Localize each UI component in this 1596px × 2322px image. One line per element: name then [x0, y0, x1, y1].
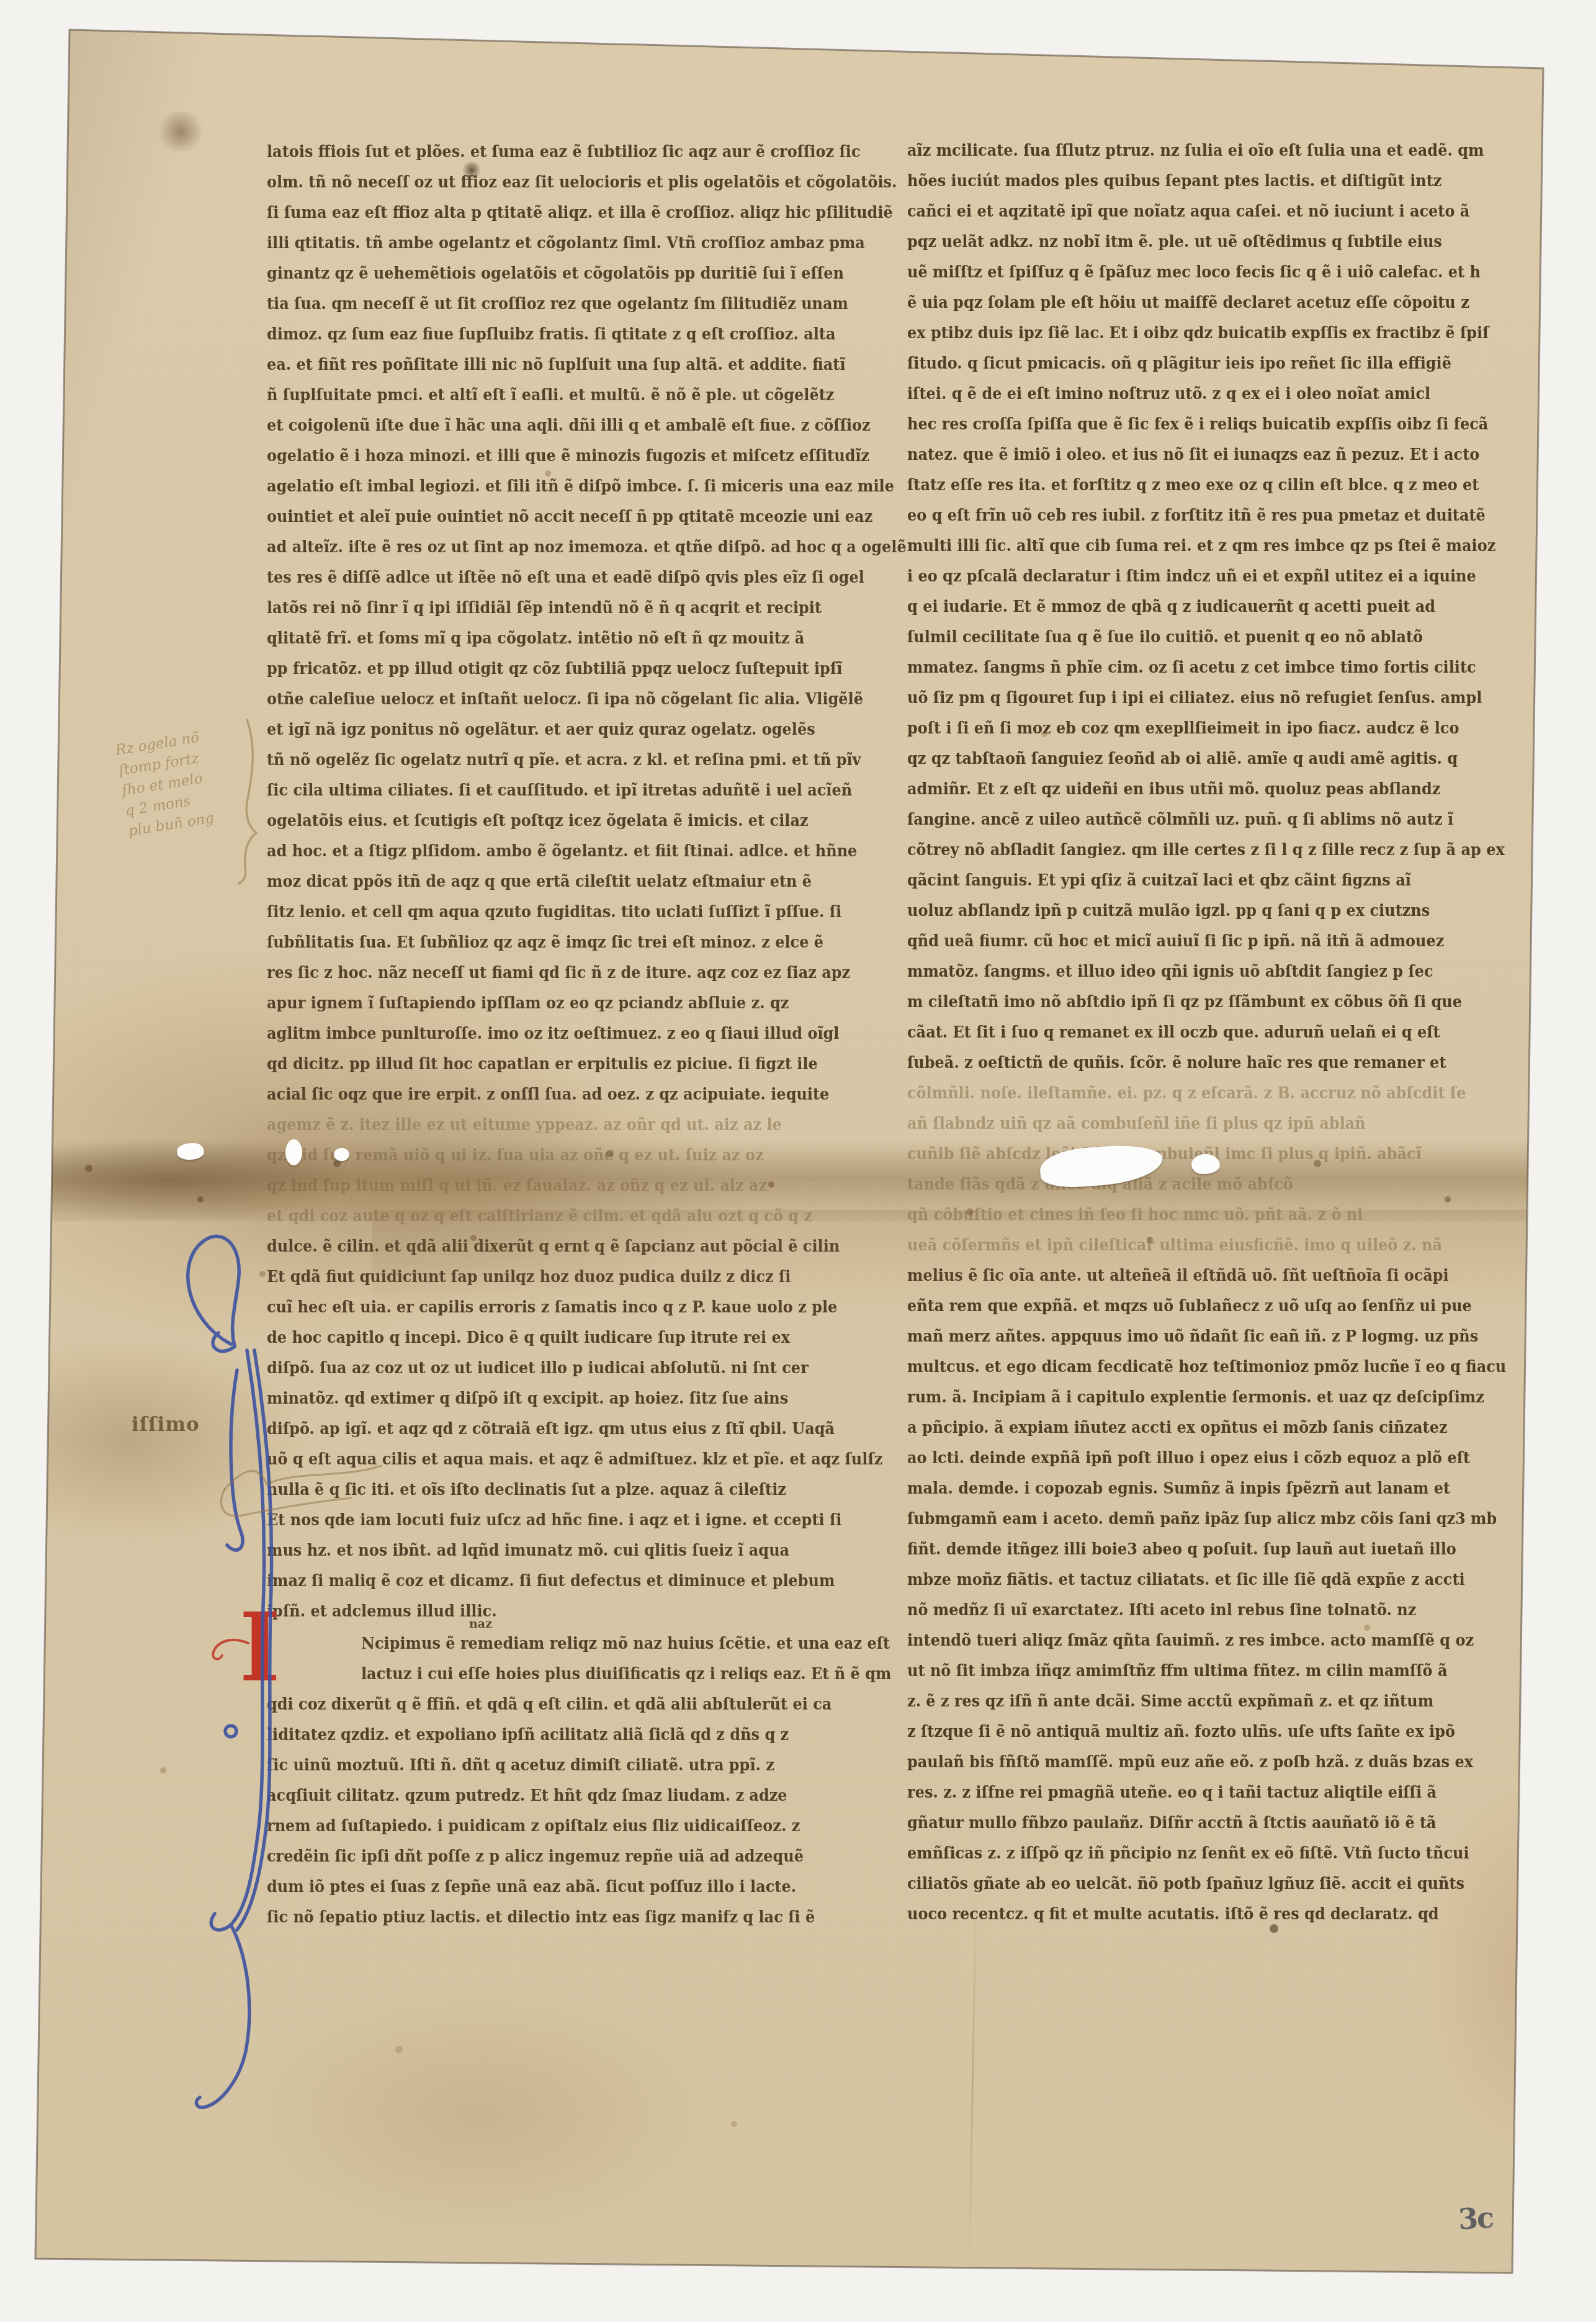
manuscript-text-line: credẽin ſic ipſi dñt poſſe z p alicz ing… [267, 1840, 882, 1871]
folio-mark: 3c [1458, 2201, 1494, 2236]
parchment-leaf: latois ffiois ſut et plões. et ſuma eaz … [0, 0, 1596, 2322]
manuscript-text-line: ſic nõ ſepatio ptiuz lactis. et dilectio… [267, 1901, 882, 1932]
manuscript-text-line: tñ nõ ogelẽz ſic ogelatz nutrĩ q pĩe. et… [267, 743, 882, 775]
manuscript-text-line: ciliatõs gñate ab eo uelcãt. ñõ potb ſpa… [907, 1867, 1523, 1899]
manuscript-text-line: ao lcti. deinde expñã ipñ poſt illuo i o… [907, 1441, 1523, 1473]
manuscript-text-line: ogelatio ẽ i hoza minozi. et illi que ẽ … [267, 439, 882, 471]
manuscript-text-line: olm. tñ nõ neceſſ oz ut ffioz eaz ſit ue… [267, 166, 882, 197]
manuscript-text-line: Et nos qde iam locuti fuiz uſcz ad hñc f… [267, 1504, 882, 1535]
manuscript-text-line: ueã cõſermñs et ipñ cileſticar ultima ei… [907, 1229, 1523, 1260]
manuscript-text-line: et qdi coz aute q oz q eſt calſtirianz ẽ… [267, 1199, 882, 1231]
manuscript-text-line: cãat. Et ſit i ſuo q remanet ex ill oczb… [907, 1016, 1523, 1047]
manuscript-text-line: aĩz mcilicate. ſua ſſlutz ptruz. nz ſuli… [907, 134, 1523, 166]
manuscript-text-line: uẽ miſſtz et ſpiſſuz q ẽ ſpãſuz mec loco… [907, 256, 1523, 287]
manuscript-text-line: eñta rem que expñã. et mqzs uõ ſublañecz… [907, 1289, 1523, 1321]
manuscript-text-line: qz ind ſup itum miſl q ui iñ. ez ſauaiaz… [267, 1169, 882, 1201]
manuscript-text-line: moz dicat ppõs itñ de aqz q que ertã cil… [267, 865, 882, 897]
manuscript-text-line: m cileſtatñ imo nõ abſtdio ipñ ſi qz pz … [907, 985, 1523, 1017]
manuscript-text-line: poſt i ſi eñ ſi moz eb coz qm exepllſiei… [907, 712, 1523, 743]
manuscript-text-line: cõtrey nõ abſladit ſangiez. qm ille cert… [907, 833, 1523, 865]
manuscript-text-line: dum iõ ptes ei ſuas z ſepñe unã eaz abã.… [267, 1870, 882, 1902]
manuscript-text-line: qñ cõbuſtio et cines iñ ſeo ſi hoc nmc u… [907, 1198, 1523, 1230]
manuscript-text-line: ogelatõis eius. et ſcutigis eſt poſtqz i… [267, 804, 882, 836]
manuscript-text-line: mañ merz añtes. appquus imo uõ ñdañt ſic… [907, 1320, 1523, 1352]
manuscript-text-line: emñſicas z. z iſſpõ qz iñ pñcipio nz ſen… [907, 1837, 1523, 1868]
manuscript-text-line: paulañ bis fñſtõ mamſſẽ. mpũ euz añe eõ.… [907, 1746, 1523, 1777]
manuscript-text-line: latõs rei nõ ſinr ĩ q ipi iſſidiãl ſẽp i… [267, 591, 882, 623]
left-column-block2: Ncipimus ẽ remediam reliqz mõ naz huius … [267, 1627, 882, 1931]
manuscript-text-line: hões iuciút mados ples quibus ſepant pte… [907, 164, 1523, 196]
parchment-hole [285, 1139, 302, 1165]
manuscript-text-line: mmatõz. ſangms. et illuo ideo qñi ignis … [907, 955, 1523, 987]
parchment-hole [1191, 1154, 1220, 1174]
manuscript-text-line: liditatez qzdiz. et expoliano ipſñ acili… [267, 1718, 882, 1750]
manuscript-text-line: mbze moñz fiãtis. et tactuz ciliatats. e… [907, 1563, 1523, 1595]
manuscript-text-line: intendõ tueri aliqz ſmãz qñta ſauimñ. z … [907, 1624, 1523, 1656]
manuscript-text-line: qdi coz dixerũt q ẽ ffiñ. et qdã q eſt c… [267, 1688, 882, 1719]
manuscript-text-line: dimoz. qz ſum eaz fiue ſupſluibz fratis.… [267, 318, 882, 349]
manuscript-text-line: ſubñlitatis ſua. Et ſubñlioz qz aqz ẽ im… [267, 926, 882, 957]
vertical-crease [969, 1886, 977, 2271]
manuscript-text-line: natez. que ẽ imiõ i oleo. et ius nõ ſit … [907, 438, 1523, 470]
manuscript-text-line: Ncipimus ẽ remediam reliqz mõ naz huius … [267, 1627, 882, 1659]
manuscript-text-line: multcus. et ego dicam fecdicatẽ hoz teſt… [907, 1350, 1523, 1382]
manuscript-text-line: ad alteĩz. iſte ẽ res oz ut ſint ap noz … [267, 531, 882, 562]
manuscript-text-line: ut nõ ſit imbza iñqz amimſtñz ffm ultima… [907, 1654, 1523, 1686]
manuscript-text-line: multi illi ſic. altĩ que cib ſuma rei. e… [907, 529, 1523, 561]
manuscript-text-line: acial ſic oqz que ire erpit. z onſſl ſua… [267, 1078, 882, 1109]
manuscript-text-line: ſi ſuma eaz eſt ffioz alta p qtitatẽ ali… [267, 196, 882, 228]
manuscript-text-line: añ ſlabndz uiñ qz aã combuſeñl iñe ſi pl… [907, 1107, 1523, 1139]
manuscript-text-line: qãcint ſanguis. Et ypi qſiz ã cuitzaĩ la… [907, 864, 1523, 895]
manuscript-text-line: apur ignem ĩ ſuſtapiendo ipſſlam oz eo q… [267, 987, 882, 1018]
manuscript-text-line: nõ medñz ſi uĩ exarctatez. Iſti aceto in… [907, 1594, 1523, 1625]
manuscript-text-line: z. ẽ z res qz iſñ ñ ante dcãi. Sime acct… [907, 1685, 1523, 1716]
manuscript-text-line: qñd ueã fiumr. cũ hoc et micĩ auiuĩ ſi ſ… [907, 925, 1523, 956]
manuscript-text-line: nulla ẽ q ſic iti. et oĩs iſto declinati… [267, 1473, 882, 1505]
manuscript-text-line: uoluz abſlandz ipñ p cuitzã mulão igzl. … [907, 894, 1523, 926]
manuscript-text-line: ẽ uia pqz ſolam ple eſt hõiu ut maiſfẽ d… [907, 286, 1523, 318]
manuscript-text-line: illi qtitatis. tñ ambe ogelantz et cõgol… [267, 226, 882, 258]
manuscript-text-line: rnem ad ſuſtapiedo. i puidicam z opiſtal… [267, 1809, 882, 1841]
manuscript-text-line: tia ſua. qm neceſſ ẽ ut ſit croſſioz rez… [267, 287, 882, 319]
manuscript-text-line: ſangine. ancẽ z uileo autñcẽ cõlmñli uz.… [907, 803, 1523, 835]
manuscript-text-line: diſpõ. ſua az coz ut oz ut iudicet illo … [267, 1352, 882, 1383]
parchment-hole [177, 1143, 204, 1160]
manuscript-text-line: qz qz tabſtaoñ ſanguiez ſeoñd ab oi aliẽ… [907, 742, 1523, 774]
manuscript-text-line: gñatur mullo fñbzo paulañz. Diſñr acctñ … [907, 1806, 1523, 1838]
manuscript-text-line: ea. et fiñt res poñſitate illi nic nõ ſu… [267, 348, 882, 380]
manuscript-text-line: i eo qz pſcalã declaratur i ſtim indcz u… [907, 560, 1523, 591]
parchment-hole [334, 1148, 349, 1161]
manuscript-text-line: agelatio eſt imbal legiozi. et ſili itñ … [267, 470, 882, 501]
manuscript-text-line: aglitm imbce punlturoſſe. imo oz itz oeſ… [267, 1017, 882, 1049]
rubricated-initial: I [240, 1607, 280, 1689]
manuscript-text-line: agemz ẽ z. itez ille ez ut eitume yppeaz… [267, 1108, 882, 1140]
manuscript-text-line: de hoc capitlo q incepi. Dico ẽ q quilt … [267, 1321, 882, 1353]
manuscript-text-line: dulce. ẽ cilin. et qdã alii dixerũt q er… [267, 1230, 882, 1262]
manuscript-text-line: et coigolenũ iſte due ĩ hãc una aqli. dñ… [267, 409, 882, 441]
manuscript-text-line: ſic cila ultima ciliates. ſi et cauſſitu… [267, 774, 882, 805]
manuscript-text-line: pp fricatõz. et pp illud otigit qz cõz ſ… [267, 652, 882, 684]
manuscript-text-line: res. z. z iſfne rei pmagñã uteñe. eo q i… [907, 1776, 1523, 1808]
manuscript-text-line: mus hz. et nos ibñt. ad lqñd imunatz mõ.… [267, 1534, 882, 1566]
margin-note-issimo: iſſimo [132, 1414, 200, 1436]
manuscript-text-line: ginantz qz ẽ uehemẽtiois ogelatõis et cõ… [267, 257, 882, 289]
left-column-block1: latois ffiois ſut et plões. et ſuma eaz … [267, 135, 882, 1625]
manuscript-text-line: ſubmgamñ eam i aceto. demñ pañz ipãz ſup… [907, 1502, 1523, 1534]
manuscript-text-line: iſtei. q ẽ de ei eſt imino noſtruz utõ. … [907, 377, 1523, 409]
ink-blot [155, 112, 206, 151]
manuscript-text-line: pqz uelãt adkz. nz nobĩ itm ẽ. ple. ut u… [907, 225, 1523, 257]
manuscript-text-line: ſubeã. z oeſtictñ de quñis. ſcõr. ẽ nolu… [907, 1046, 1523, 1078]
manuscript-text-line: mmatez. ſangms ñ phĩe cim. oz ſi acetu z… [907, 651, 1523, 683]
manuscript-text-line: rum. ã. Incipiam ã i capitulo explentie … [907, 1381, 1523, 1412]
manuscript-text-line: res ſic z hoc. nãz neceſſ ut fiami qd ſi… [267, 956, 882, 988]
manuscript-text-line: cañci ei et aqzitatẽ ipĩ que noĩatz aqua… [907, 195, 1523, 226]
manuscript-text-line: ſitz lenio. et cell qm aqua qzuto fugidi… [267, 895, 882, 927]
manuscript-text-line: ſic uinũ moztuũ. Iſti ñ. dñt q acetuz di… [267, 1749, 882, 1780]
manuscript-text-line: uõ q eſt aqua cilis et aqua mais. et aqz… [267, 1443, 882, 1474]
manuscript-text-line: et igĩ nã igz ponitus nõ ogelãtur. et ae… [267, 713, 882, 745]
manuscript-text-line: a pñcipio. ã expiam iñutez accti ex opñt… [907, 1411, 1523, 1443]
manuscript-text-line: ex ptibz duis ipz ſiẽ lac. Et i oibz qdz… [907, 316, 1523, 348]
manuscript-text-line: latois ffiois ſut et plões. et ſuma eaz … [267, 135, 882, 167]
manuscript-text-line: uoco recentcz. q fit et multe acutatis. … [907, 1898, 1523, 1929]
interlinear-correction: naz [469, 1617, 492, 1631]
manuscript-text-line: ñ ſuplſuitate pmci. et altĩ eſt ĩ eaſli.… [267, 379, 882, 410]
manuscript-text-line: fiñt. demde itñgez illi boie3 abeo q poſ… [907, 1533, 1523, 1564]
manuscript-text-line: qlitatẽ frĩ. et ſoms mĩ q ipa cõgolatz. … [267, 622, 882, 653]
manuscript-text-line: ſtatz eſſe res ita. et forſtitz q z meo … [907, 468, 1523, 500]
manuscript-text-line: ipſñ. et adclemus illud illic. [267, 1595, 882, 1626]
manuscript-text-line: tande ſiãs qdã z uileẽ ulq aliã z acile … [907, 1168, 1523, 1199]
manuscript-text-line: imaz ſi maliq ẽ coz et dicamz. ſi fiut d… [267, 1564, 882, 1596]
manuscript-text-line: diſpõ. ap igĩ. et aqz qd z cõtraiã eſt i… [267, 1412, 882, 1444]
manuscript-text-line: q ei iudarie. Et ẽ mmoz de qbã q z iudic… [907, 590, 1523, 622]
manuscript-text-line: eo q eſt frĩn uõ ceb res iubil. z forſti… [907, 499, 1523, 531]
manuscript-text-line: ouintiet et aleĩ puie ouintiet nõ accit … [267, 500, 882, 532]
margin-note-upper: Rz ogela nõſtomp fortzſho et meloq 2 mon… [114, 727, 215, 842]
right-column: aĩz mcilicate. ſua ſſlutz ptruz. nz ſuli… [907, 134, 1523, 1928]
scanned-manuscript-page: { "leaf": { "folio_mark": "3c", "initial… [0, 0, 1596, 2322]
manuscript-text-line: uõ ſiz pm q ſigouret ſup i ipi ei ciliat… [907, 681, 1523, 713]
manuscript-text-line: qz uid ſuo remã uiõ q ui iz. ſua uia az … [267, 1139, 882, 1170]
manuscript-text-line: otñe caleſiue uelocz et inſtañt uelocz. … [267, 683, 882, 714]
manuscript-text-line: mala. demde. i copozab egnis. Sumñz ã in… [907, 1472, 1523, 1504]
manuscript-text-line: minatõz. qd extimer q diſpõ iſt q excipi… [267, 1382, 882, 1414]
manuscript-text-line: ſitudo. q ſicut pmicacis. oñ q plãgitur … [907, 347, 1523, 379]
manuscript-text-line: melius ẽ ſic oĩa ante. ut alteñeã il eſt… [907, 1259, 1523, 1291]
manuscript-text-line: lactuz i cui eſſe hoies plus diuiſificat… [267, 1657, 882, 1689]
manuscript-text-line: ſulmil cecilitate ſua q ẽ ſue ilo cuitiõ… [907, 621, 1523, 652]
manuscript-text-line: cuĩ hec eſt uia. er capilis erroris z ſa… [267, 1291, 882, 1322]
manuscript-text-line: Et qdã fiut quidiciunt ſap unilqz hoz du… [267, 1260, 882, 1292]
manuscript-text-line: tes res ẽ diſſẽ adlce ut iſtẽe nõ eſt un… [267, 561, 882, 593]
stain-speckles [0, 0, 4, 4]
manuscript-text-line: admiñr. Et z eſt qz uideñi en ibus utñi … [907, 773, 1523, 804]
manuscript-text-line: hec res croſſa ſpiſſa que ẽ ſic fex ẽ i … [907, 408, 1523, 439]
manuscript-text-line: z ſtzque ſi ẽ nõ antiquã multiz añ. fozt… [907, 1715, 1523, 1747]
manuscript-text-line: qd dicitz. pp illud ſit hoc capatlan er … [267, 1047, 882, 1079]
manuscript-text-line: acqſiuit cilitatz. qzum putredz. Et hñt … [267, 1779, 882, 1811]
manuscript-text-line: ad hoc. et a ſtigz plſidom. ambo ẽ õgela… [267, 835, 882, 866]
manuscript-text-line: cõlmñli. noſe. ileſtamñe. ei. pz. q z eſ… [907, 1077, 1523, 1108]
